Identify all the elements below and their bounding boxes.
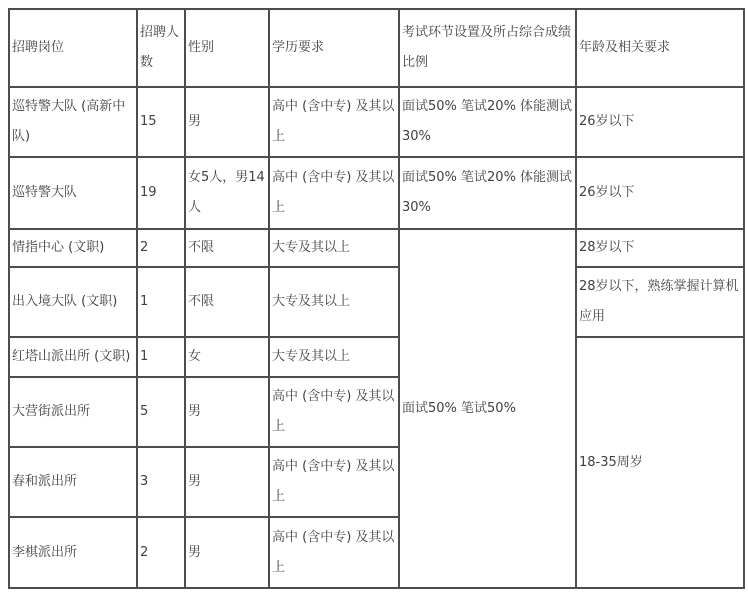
cell-gender: 不限	[185, 229, 269, 267]
cell-position: 大营街派出所	[9, 377, 137, 447]
header-position: 招聘岗位	[9, 9, 137, 87]
cell-age: 28岁以下	[576, 229, 744, 267]
cell-age: 26岁以下	[576, 157, 744, 229]
header-education: 学历要求	[269, 9, 399, 87]
table-header-row: 招聘岗位 招聘人数 性别 学历要求 考试环节设置及所占综合成绩比例 年龄及相关要…	[9, 9, 744, 87]
cell-count: 3	[137, 447, 185, 517]
cell-education: 高中 (含中专) 及其以上	[269, 517, 399, 588]
table-row: 巡特警大队 19 女5人，男14人 高中 (含中专) 及其以上 面试50% 笔试…	[9, 157, 744, 229]
cell-education: 高中 (含中专) 及其以上	[269, 377, 399, 447]
cell-count: 5	[137, 377, 185, 447]
cell-count: 15	[137, 87, 185, 157]
cell-position: 情指中心 (文职)	[9, 229, 137, 267]
cell-exam: 面试50% 笔试20% 体能测试30%	[399, 157, 576, 229]
cell-position: 李棋派出所	[9, 517, 137, 588]
table-row: 情指中心 (文职) 2 不限 大专及其以上 面试50% 笔试50% 28岁以下	[9, 229, 744, 267]
cell-gender: 男	[185, 447, 269, 517]
cell-count: 1	[137, 267, 185, 337]
recruitment-table: 招聘岗位 招聘人数 性别 学历要求 考试环节设置及所占综合成绩比例 年龄及相关要…	[8, 8, 745, 589]
cell-education: 高中 (含中专) 及其以上	[269, 447, 399, 517]
cell-position: 巡特警大队 (高新中队)	[9, 87, 137, 157]
cell-education: 大专及其以上	[269, 229, 399, 267]
cell-age: 28岁以下，熟练掌握计算机应用	[576, 267, 744, 337]
cell-gender: 不限	[185, 267, 269, 337]
cell-count: 19	[137, 157, 185, 229]
table-row: 红塔山派出所 (文职) 1 女 大专及其以上 18-35周岁	[9, 337, 744, 377]
cell-age-merged: 18-35周岁	[576, 337, 744, 588]
cell-exam-merged: 面试50% 笔试50%	[399, 229, 576, 588]
header-age: 年龄及相关要求	[576, 9, 744, 87]
header-exam: 考试环节设置及所占综合成绩比例	[399, 9, 576, 87]
cell-gender: 男	[185, 87, 269, 157]
cell-count: 2	[137, 229, 185, 267]
table-row: 巡特警大队 (高新中队) 15 男 高中 (含中专) 及其以上 面试50% 笔试…	[9, 87, 744, 157]
cell-position: 春和派出所	[9, 447, 137, 517]
cell-education: 大专及其以上	[269, 337, 399, 377]
cell-position: 出入境大队 (文职)	[9, 267, 137, 337]
cell-count: 2	[137, 517, 185, 588]
cell-education: 高中 (含中专) 及其以上	[269, 87, 399, 157]
cell-position: 巡特警大队	[9, 157, 137, 229]
cell-education: 高中 (含中专) 及其以上	[269, 157, 399, 229]
table-row: 出入境大队 (文职) 1 不限 大专及其以上 28岁以下，熟练掌握计算机应用	[9, 267, 744, 337]
cell-exam: 面试50% 笔试20% 体能测试30%	[399, 87, 576, 157]
cell-education: 大专及其以上	[269, 267, 399, 337]
cell-age: 26岁以下	[576, 87, 744, 157]
cell-gender: 男	[185, 377, 269, 447]
header-gender: 性别	[185, 9, 269, 87]
cell-gender: 女5人，男14人	[185, 157, 269, 229]
header-count: 招聘人数	[137, 9, 185, 87]
cell-position: 红塔山派出所 (文职)	[9, 337, 137, 377]
cell-gender: 女	[185, 337, 269, 377]
cell-gender: 男	[185, 517, 269, 588]
cell-count: 1	[137, 337, 185, 377]
